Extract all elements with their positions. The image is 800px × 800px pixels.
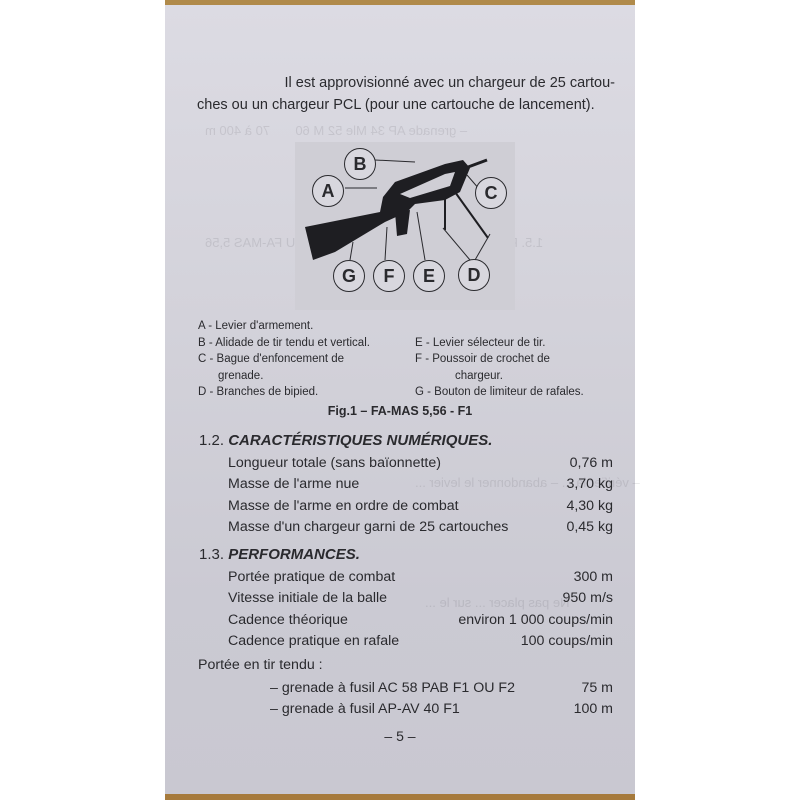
legend-item-g: G - Bouton de limiteur de rafales. (415, 384, 618, 401)
spec-row: Masse de l'arme en ordre de combat4,30 k… (228, 495, 613, 517)
document-page: – grenade AP 34 Mle 52 M 60 70 à 400 m 1… (165, 5, 635, 794)
legend-item-f: F - Poussoir de crochet de (415, 351, 618, 368)
section-title: PERFORMANCES. (228, 546, 360, 563)
perf-row: Vitesse initiale de la balle950 m/s (228, 588, 613, 610)
specs-table: Longueur totale (sans baïonnette)0,76 m … (228, 452, 613, 538)
section-title: CARACTÉRISTIQUES NUMÉRIQUES. (228, 432, 492, 449)
spec-label: Masse de l'arme en ordre de combat (228, 498, 459, 514)
range-label: Portée en tir tendu : (198, 657, 323, 673)
perf-label: Cadence pratique en rafale (228, 633, 399, 649)
perf-value: 950 m/s (563, 590, 613, 606)
spec-label: Masse de l'arme nue (228, 476, 359, 492)
spec-value: 0,76 m (570, 455, 613, 471)
legend-item-c: C - Bague d'enfoncement de (198, 351, 415, 368)
table-surface-bottom (165, 794, 635, 800)
range-value: 75 m (581, 680, 613, 696)
perf-value: environ 1 000 coups/min (458, 612, 613, 628)
legend-item-f-cont: chargeur. (435, 368, 618, 385)
callout-c: C (475, 177, 507, 209)
bleed-through-text: – grenade AP 34 Mle 52 M 60 70 à 400 m (205, 123, 467, 138)
spec-value: 3,70 kg (566, 476, 613, 492)
perf-label: Portée pratique de combat (228, 569, 395, 585)
spec-row: Masse d'un chargeur garni de 25 cartouch… (228, 517, 613, 539)
rifle-figure: A B C D E F G (295, 142, 515, 310)
intro-paragraph: Il est approvisionné avec un chargeur de… (197, 72, 615, 116)
perf-row: Portée pratique de combat300 m (228, 566, 613, 588)
callout-e: E (413, 260, 445, 292)
range-value: 100 m (574, 701, 613, 717)
performance-table: Portée pratique de combat300 m Vitesse i… (228, 566, 613, 652)
range-table: – grenade à fusil AC 58 PAB F1 OU F275 m… (270, 677, 613, 720)
figure-caption: Fig.1 – FA-MAS 5,56 - F1 (165, 404, 635, 418)
intro-line-1: Il est approvisionné avec un chargeur de… (197, 72, 615, 94)
range-row: – grenade à fusil AC 58 PAB F1 OU F275 m (270, 677, 613, 699)
spec-value: 0,45 kg (566, 519, 613, 535)
intro-line-2: ches ou un chargeur PCL (pour une cartou… (197, 94, 615, 116)
spec-row: Masse de l'arme nue3,70 kg (228, 474, 613, 496)
callout-f: F (373, 260, 405, 292)
spec-label: Masse d'un chargeur garni de 25 cartouch… (228, 519, 508, 535)
section-heading-1-2: 1.2. CARACTÉRISTIQUES NUMÉRIQUES. (199, 432, 492, 449)
range-row: – grenade à fusil AP-AV 40 F1100 m (270, 699, 613, 721)
callout-b: B (344, 148, 376, 180)
callout-g: G (333, 260, 365, 292)
perf-label: Cadence théorique (228, 612, 348, 628)
spec-value: 4,30 kg (566, 498, 613, 514)
callout-d: D (458, 259, 490, 291)
perf-value: 300 m (574, 569, 613, 585)
spec-row: Longueur totale (sans baïonnette)0,76 m (228, 452, 613, 474)
section-number: 1.2. (199, 432, 224, 449)
perf-row: Cadence pratique en rafale100 coups/min (228, 631, 613, 653)
page-number: – 5 – (165, 728, 635, 744)
legend-item-c-cont: grenade. (198, 368, 435, 385)
callout-a: A (312, 175, 344, 207)
section-number: 1.3. (199, 546, 224, 563)
perf-label: Vitesse initiale de la balle (228, 590, 387, 606)
legend-item-b: B - Alidade de tir tendu et vertical. (198, 335, 415, 352)
legend-item-d: D - Branches de bipied. (198, 384, 415, 401)
perf-row: Cadence théoriqueenviron 1 000 coups/min (228, 609, 613, 631)
perf-value: 100 coups/min (521, 633, 613, 649)
range-item: – grenade à fusil AC 58 PAB F1 OU F2 (270, 680, 515, 696)
legend-item-a: A - Levier d'armement. (198, 318, 415, 335)
section-heading-1-3: 1.3. PERFORMANCES. (199, 546, 360, 563)
figure-legend: A - Levier d'armement. B - Alidade de ti… (198, 318, 618, 401)
legend-item-e: E - Levier sélecteur de tir. (415, 335, 618, 352)
range-item: – grenade à fusil AP-AV 40 F1 (270, 701, 460, 717)
spec-label: Longueur totale (sans baïonnette) (228, 455, 441, 471)
